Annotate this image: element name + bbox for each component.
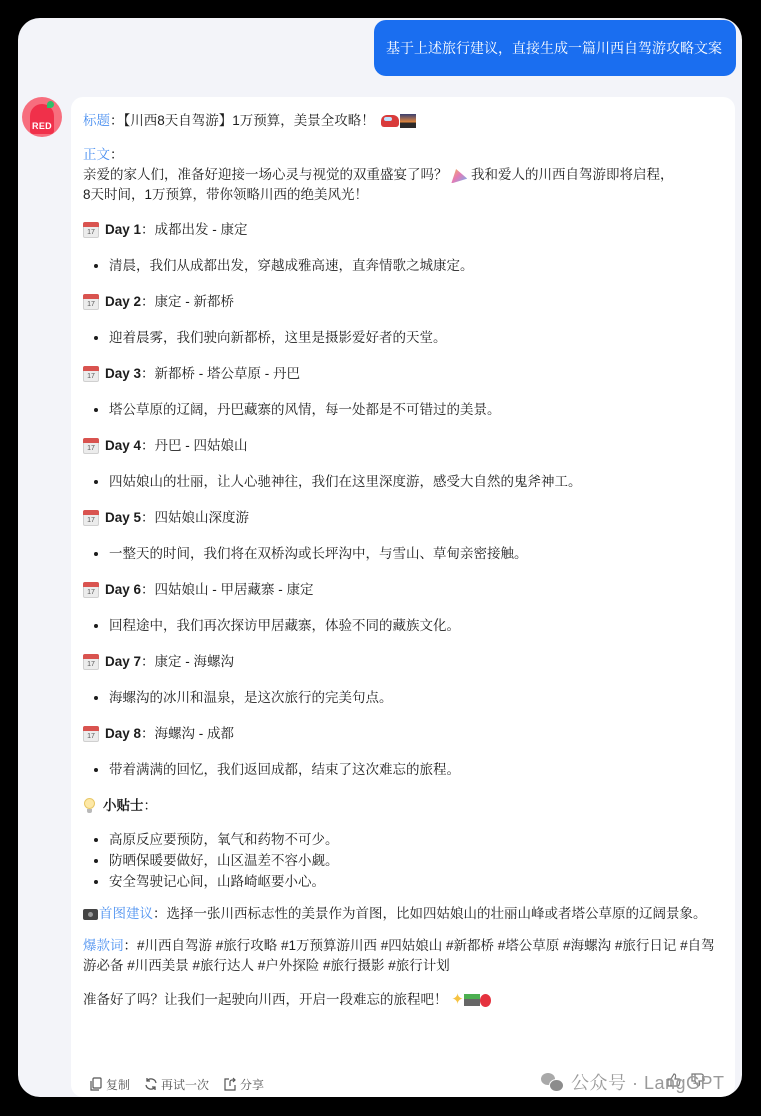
day-label: Day 6 [105,580,141,600]
user-message-row: 基于上述旅行建议，直接生成一篇川西自驾游攻略文案 [374,20,736,76]
calendar-icon: 17 [83,366,99,382]
keywords-text: ：#川西自驾游 #旅行攻略 #1万预算游川西 #四姑娘山 #新都桥 #塔公草原 … [83,938,715,973]
keywords-label: 爆款词 [83,938,124,953]
closing-line: 准备好了吗？让我们一起驶向川西，开启一段难忘的旅程吧！ ✦ [83,990,715,1010]
day-label: Day 4 [105,436,141,456]
wechat-icon [541,1073,563,1091]
light-bulb-icon [83,798,95,814]
cover-label: 首图建议 [99,906,153,921]
day-route: ：成都出发 - 康定 [141,220,248,240]
intro-paragraph: 亲爱的家人们，准备好迎接一场心灵与视觉的双重盛宴了吗？ 我和爱人的川西自驾游即将… [83,165,715,205]
chat-window: 基于上述旅行建议，直接生成一篇川西自驾游攻略文案 RED 标题：【川西8天自驾游… [18,18,742,1097]
tip-item: 防晒保暖要做好，山区温差不容小觑。 [109,850,715,871]
tip-item: 高原反应要预防，氧气和药物不可少。 [109,829,715,850]
day-section-3: 17Day 3：新都桥 - 塔公草原 - 丹巴 塔公草原的辽阔，丹巴藏寨的风情，… [83,363,715,421]
sparkle-icon: ✦ [451,990,464,1010]
intro-text-line2: 8天时间，1万预算，带你领略川西的绝美风光！ [83,187,368,202]
calendar-icon: 17 [83,726,99,742]
calendar-icon: 17 [83,294,99,310]
user-message-bubble: 基于上述旅行建议，直接生成一篇川西自驾游攻略文案 [374,20,736,76]
copy-icon [89,1077,103,1091]
day-label: Day 5 [105,508,141,528]
assistant-message-content: 标题：【川西8天自驾游】1万预算，美景全攻略！ 正文： 亲爱的家人们，准备好迎接… [83,111,715,1010]
day-label: Day 3 [105,364,141,384]
assistant-message-card: 标题：【川西8天自驾游】1万预算，美景全攻略！ 正文： 亲爱的家人们，准备好迎接… [71,97,735,1097]
body-label: 正文 [83,147,110,162]
road-icon [464,994,480,1006]
watermark-text: 公众号 · LangGPT [571,1069,725,1095]
day-description: 塔公草原的辽阔，丹巴藏寨的风情，每一处都是不可错过的美景。 [109,399,715,421]
tips-section: 小贴士： 高原反应要预防，氧气和药物不可少。 防晒保暖要做好，山区温差不容小觑。… [83,795,715,892]
day-route: ：四姑娘山 - 甲居藏寨 - 康定 [141,580,314,600]
camera-icon [83,909,98,920]
day-section-4: 17Day 4：丹巴 - 四姑娘山 四姑娘山的壮丽，让人心驰神往，我们在这里深度… [83,435,715,493]
leaf-icon [47,101,54,108]
day-label: Day 7 [105,652,141,672]
day-route: ：新都桥 - 塔公草原 - 丹巴 [141,364,300,384]
day-route: ：四姑娘山深度游 [141,508,249,528]
copy-button[interactable]: 复制 [89,1076,130,1093]
assistant-avatar: RED [22,97,62,137]
day-description: 四姑娘山的壮丽，让人心驰神往，我们在这里深度游，感受大自然的鬼斧神工。 [109,471,715,493]
day-section-8: 17Day 8：海螺沟 - 成都 带着满满的回忆，我们返回成都，结束了这次难忘的… [83,723,715,781]
retry-button[interactable]: 再试一次 [144,1076,209,1093]
day-route: ：丹巴 - 四姑娘山 [141,436,248,456]
avatar-label: RED [22,121,62,131]
calendar-icon: 17 [83,222,99,238]
share-icon [223,1077,237,1091]
message-actions: 复制 再试一次 分享 [89,1071,278,1097]
tips-label-suffix: ： [144,796,158,816]
day-label: Day 2 [105,292,141,312]
share-button[interactable]: 分享 [223,1076,264,1093]
day-section-6: 17Day 6：四姑娘山 - 甲居藏寨 - 康定 回程途中，我们再次探访甲居藏寨… [83,579,715,637]
day-route: ：海螺沟 - 成都 [141,724,234,744]
day-description: 带着满满的回忆，我们返回成都，结束了这次难忘的旅程。 [109,759,715,781]
intro-text-part1: 亲爱的家人们，准备好迎接一场心灵与视觉的双重盛宴了吗？ [83,167,448,182]
title-text: ：【川西8天自驾游】1万预算，美景全攻略！ [110,113,375,128]
calendar-icon: 17 [83,510,99,526]
day-section-1: 17Day 1：成都出发 - 康定 清晨，我们从成都出发，穿越成雅高速，直奔情歌… [83,219,715,277]
day-section-5: 17Day 5：四姑娘山深度游 一整天的时间，我们将在双桥沟或长坪沟中，与雪山、… [83,507,715,565]
day-section-7: 17Day 7：康定 - 海螺沟 海螺沟的冰川和温泉，是这次旅行的完美句点。 [83,651,715,709]
refresh-icon [144,1077,158,1091]
copy-label: 复制 [106,1076,130,1093]
tips-label: 小贴士 [103,796,144,816]
title-label: 标题 [83,113,110,128]
day-description: 清晨，我们从成都出发，穿越成雅高速，直奔情歌之城康定。 [109,255,715,277]
calendar-icon: 17 [83,582,99,598]
tip-item: 安全驾驶记心间，山路崎岖要小心。 [109,871,715,892]
keywords: 爆款词：#川西自驾游 #旅行攻略 #1万预算游川西 #四姑娘山 #新都桥 #塔公… [83,936,715,976]
body-label-line: 正文： [83,145,715,165]
day-route: ：康定 - 新都桥 [141,292,234,312]
day-section-2: 17Day 2：康定 - 新都桥 迎着晨雾，我们驶向新都桥，这里是摄影爱好者的天… [83,291,715,349]
day-description: 回程途中，我们再次探访甲居藏寨，体验不同的藏族文化。 [109,615,715,637]
car-icon [381,115,399,127]
day-description: 海螺沟的冰川和温泉，是这次旅行的完美句点。 [109,687,715,709]
calendar-icon: 17 [83,438,99,454]
watermark: 公众号 · LangGPT [541,1069,725,1095]
retry-label: 再试一次 [161,1076,209,1093]
day-label: Day 1 [105,220,141,240]
party-popper-icon [451,167,467,183]
calendar-icon: 17 [83,654,99,670]
post-title: 标题：【川西8天自驾游】1万预算，美景全攻略！ [83,111,715,131]
day-description: 迎着晨雾，我们驶向新都桥，这里是摄影爱好者的天堂。 [109,327,715,349]
sunset-icon [400,114,416,128]
cover-suggestion: 首图建议：选择一张川西标志性的美景作为首图，比如四姑娘山的壮丽山峰或者塔公草原的… [83,904,715,924]
day-label: Day 8 [105,724,141,744]
intro-text-part2: 我和爱人的川西自驾游即将启程， [467,167,673,182]
cover-text: ：选择一张川西标志性的美景作为首图，比如四姑娘山的壮丽山峰或者塔公草原的辽阔景象… [153,906,707,921]
day-description: 一整天的时间，我们将在双桥沟或长坪沟中，与雪山、草甸亲密接触。 [109,543,715,565]
body-label-suffix: ： [110,147,124,162]
balloon-icon [480,994,491,1007]
share-label: 分享 [240,1076,264,1093]
closing-text: 准备好了吗？让我们一起驶向川西，开启一段难忘的旅程吧！ [83,992,448,1007]
day-route: ：康定 - 海螺沟 [141,652,234,672]
